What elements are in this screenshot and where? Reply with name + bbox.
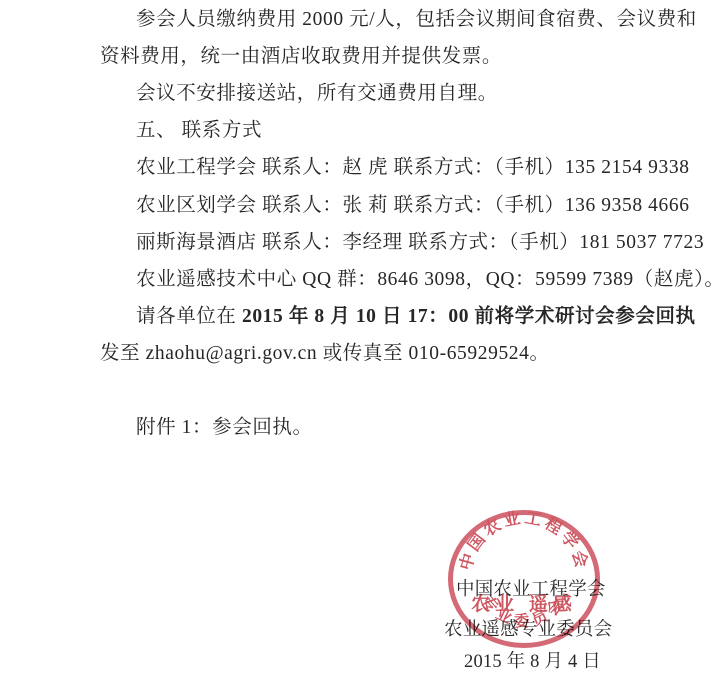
document-line: 丽斯海景酒店 联系人：李经理 联系方式：（手机）181 5037 7723 [136, 231, 704, 255]
document-text: 资料费用，统一由酒店收取费用并提供发票。 [100, 46, 502, 67]
document-line: 农业工程学会 联系人：赵 虎 联系方式：（手机）135 2154 9338 [136, 156, 690, 180]
official-seal-svg: 中国农业工程学会 农业 遥感 专业委员会 [446, 509, 602, 655]
document-page: 参会人员缴纳费用 2000 元/人，包括会议期间食宿费、会议费和资料费用，统一由… [0, 0, 727, 674]
document-text-bold: 2015 年 8 月 10 日 17：00 前将学术研讨会参会回执 [242, 306, 696, 327]
document-text: 农业区划学会 联系人：张 莉 联系方式：（手机）136 9358 4666 [136, 195, 690, 216]
document-text: 参会人员缴纳费用 2000 元/人，包括会议期间食宿费、会议费和 [136, 9, 697, 30]
document-line: 资料费用，统一由酒店收取费用并提供发票。 [100, 45, 502, 69]
document-line: 五、 联系方式 [136, 119, 262, 143]
document-line: 附件 1：参会回执。 [136, 416, 313, 440]
document-text: 发至 zhaohu@agri.gov.cn 或传真至 010-65929524。 [100, 343, 550, 364]
document-text: 五、 联系方式 [136, 120, 262, 141]
document-text: 会议不安排接送站，所有交通费用自理。 [136, 83, 498, 104]
document-line: 请各单位在 2015 年 8 月 10 日 17：00 前将学术研讨会参会回执 [136, 305, 696, 329]
document-text: 附件 1：参会回执。 [136, 417, 313, 438]
document-text: 丽斯海景酒店 联系人：李经理 联系方式：（手机）181 5037 7723 [136, 232, 704, 253]
document-text: 请各单位在 [136, 306, 242, 327]
document-line: 农业区划学会 联系人：张 莉 联系方式：（手机）136 9358 4666 [136, 194, 690, 218]
document-line: 参会人员缴纳费用 2000 元/人，包括会议期间食宿费、会议费和 [136, 8, 697, 32]
document-text: 农业遥感技术中心 QQ 群：8646 3098，QQ：59599 7389（赵虎… [136, 269, 725, 290]
official-seal-stamp: 中国农业工程学会 农业 遥感 专业委员会 [446, 509, 602, 655]
document-text: 农业工程学会 联系人：赵 虎 联系方式：（手机）135 2154 9338 [136, 157, 690, 178]
document-line: 农业遥感技术中心 QQ 群：8646 3098，QQ：59599 7389（赵虎… [136, 268, 725, 292]
seal-ring-text: 中国农业工程学会 [455, 509, 593, 572]
document-line: 会议不安排接送站，所有交通费用自理。 [136, 82, 498, 106]
document-line: 发至 zhaohu@agri.gov.cn 或传真至 010-65929524。 [100, 342, 550, 366]
